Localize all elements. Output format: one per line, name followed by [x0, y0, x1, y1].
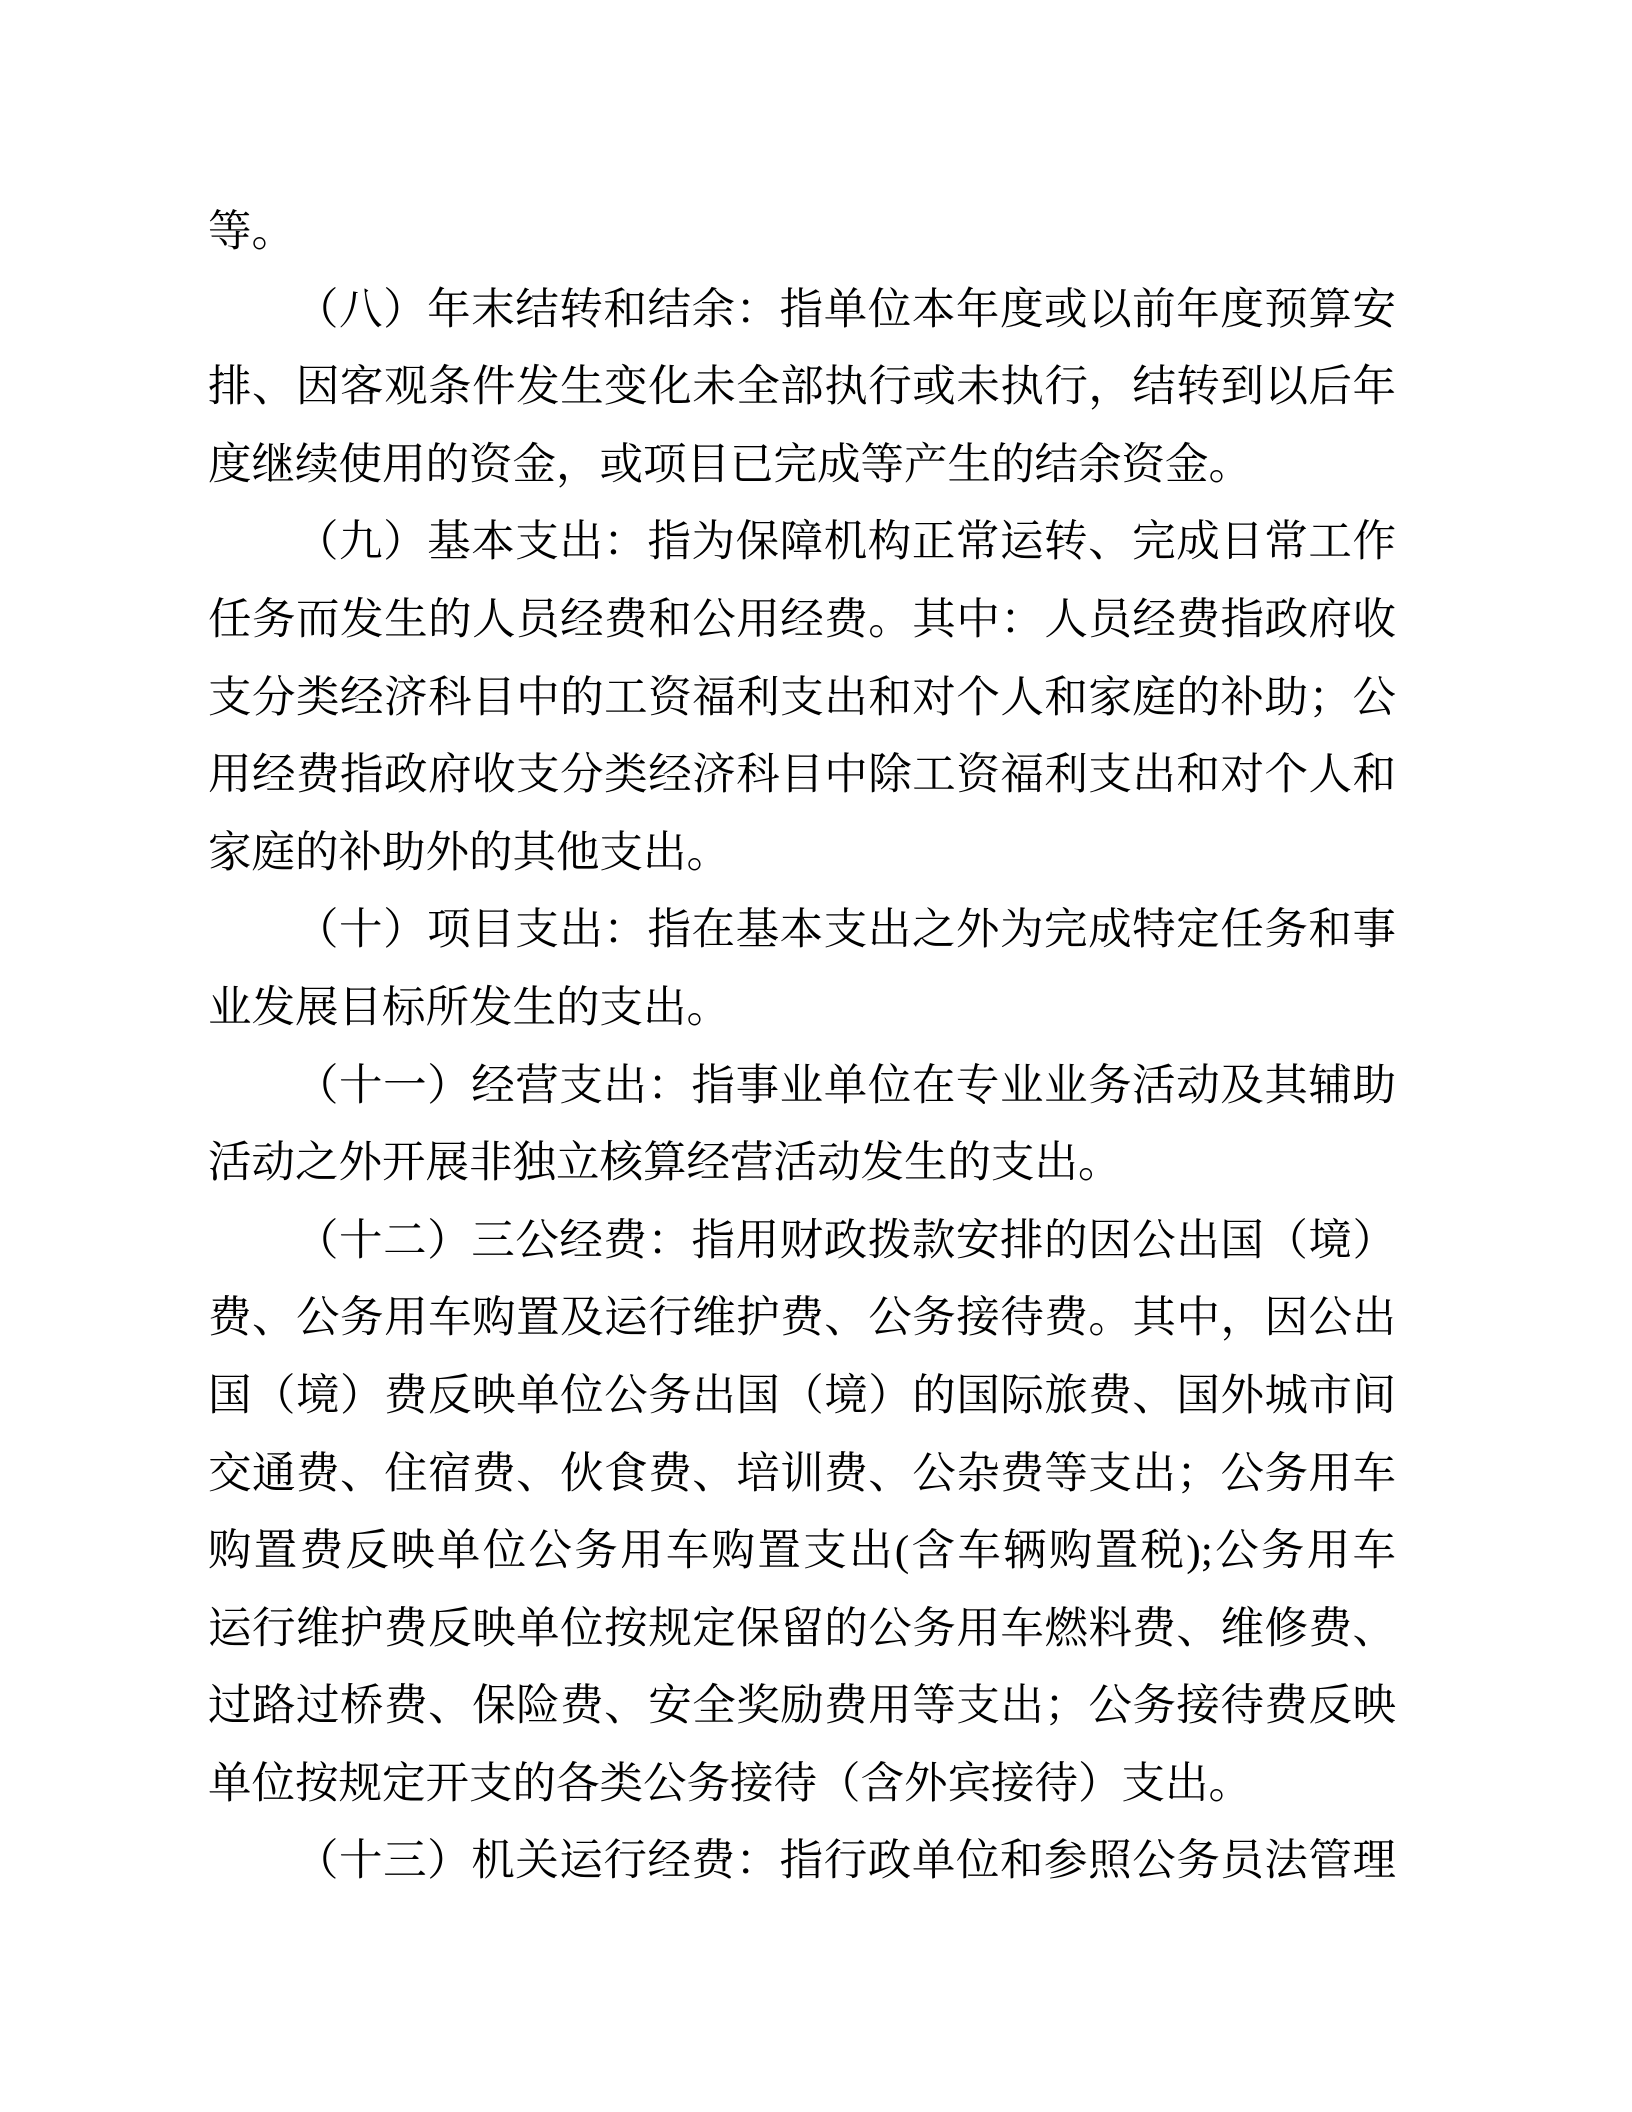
text-line: 业发展目标所发生的支出。	[208, 970, 1396, 1048]
text-line: 家庭的补助外的其他支出。	[208, 815, 1396, 893]
document-page: 等。 （八）年末结转和结余：指单位本年度或以前年度预算安 排、因客观条件发生变化…	[0, 0, 1632, 2112]
text-line: （十一）经营支出：指事业单位在专业业务活动及其辅助	[208, 1048, 1396, 1126]
text-line: 购置费反映单位公务用车购置支出(含车辆购置税);公务用车	[208, 1513, 1396, 1591]
text-line: （十二）三公经费：指用财政拨款安排的因公出国（境）	[208, 1203, 1396, 1281]
text-line: 费、公务用车购置及运行维护费、公务接待费。其中，因公出	[208, 1280, 1396, 1358]
text-line: （八）年末结转和结余：指单位本年度或以前年度预算安	[208, 272, 1396, 350]
text-line: 任务而发生的人员经费和公用经费。其中：人员经费指政府收	[208, 582, 1396, 660]
text-line: 活动之外开展非独立核算经营活动发生的支出。	[208, 1125, 1396, 1203]
text-line: （九）基本支出：指为保障机构正常运转、完成日常工作	[208, 504, 1396, 582]
text-line: 国（境）费反映单位公务出国（境）的国际旅费、国外城市间	[208, 1358, 1396, 1436]
text-line: 等。	[208, 194, 1396, 272]
text-line: 度继续使用的资金，或项目已完成等产生的结余资金。	[208, 427, 1396, 505]
text-line: （十）项目支出：指在基本支出之外为完成特定任务和事	[208, 892, 1396, 970]
text-line: 支分类经济科目中的工资福利支出和对个人和家庭的补助；公	[208, 660, 1396, 738]
document-text-block: 等。 （八）年末结转和结余：指单位本年度或以前年度预算安 排、因客观条件发生变化…	[208, 194, 1396, 1901]
text-line: 用经费指政府收支分类经济科目中除工资福利支出和对个人和	[208, 737, 1396, 815]
text-line: 运行维护费反映单位按规定保留的公务用车燃料费、维修费、	[208, 1591, 1396, 1669]
text-line: 单位按规定开支的各类公务接待（含外宾接待）支出。	[208, 1746, 1396, 1824]
text-line: 交通费、住宿费、伙食费、培训费、公杂费等支出；公务用车	[208, 1436, 1396, 1514]
text-line: （十三）机关运行经费：指行政单位和参照公务员法管理	[208, 1823, 1396, 1901]
text-line: 过路过桥费、保险费、安全奖励费用等支出；公务接待费反映	[208, 1668, 1396, 1746]
text-line: 排、因客观条件发生变化未全部执行或未执行，结转到以后年	[208, 349, 1396, 427]
